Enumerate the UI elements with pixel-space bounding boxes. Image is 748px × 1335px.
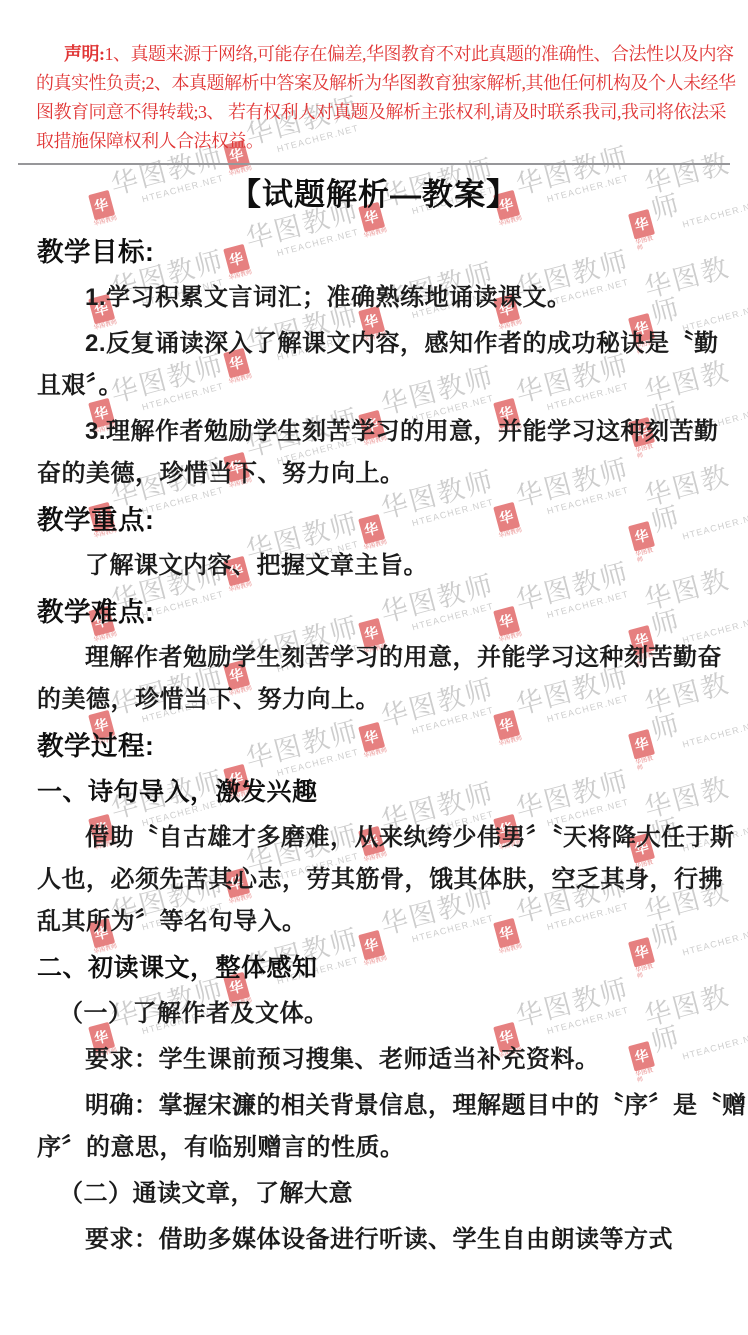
document-content: 声明:1、真题来源于网络,可能存在偏差,华图教育不对此真题的准确性、合法性以及内… bbox=[0, 40, 748, 1261]
text-line: 3.理解作者勉励学生刻苦学习的用意，并能学习这种刻苦勤 bbox=[37, 411, 748, 453]
paragraph: 要求：学生课前预习搜集、老师适当补充资料。 bbox=[37, 1039, 748, 1081]
paragraph: （一）了解作者及文体。 bbox=[37, 993, 748, 1035]
text-line: 教学过程: bbox=[37, 725, 748, 767]
paragraph: （二）通读文章，了解大意 bbox=[37, 1173, 748, 1215]
text-line: 教学目标: bbox=[37, 231, 748, 273]
disclaimer: 声明:1、真题来源于网络,可能存在偏差,华图教育不对此真题的准确性、合法性以及内… bbox=[36, 40, 718, 156]
section-heading: 教学难点: bbox=[37, 591, 748, 633]
step-heading: 一、诗句导入，激发兴趣 bbox=[37, 771, 748, 813]
text-line: （一）了解作者及文体。 bbox=[37, 993, 748, 1035]
text-line: 1.学习积累文言词汇；准确熟练地诵读课文。 bbox=[37, 277, 748, 319]
disclaimer-label: 声明: bbox=[64, 44, 105, 64]
divider-line bbox=[18, 163, 730, 165]
lesson-plan-body: 教学目标:1.学习积累文言词汇；准确熟练地诵读课文。2.反复诵读深入了解课文内容… bbox=[37, 231, 748, 1261]
paragraph: 3.理解作者勉励学生刻苦学习的用意，并能学习这种刻苦勤奋的美德，珍惜当下、努力向… bbox=[37, 411, 748, 495]
text-line: 教学难点: bbox=[37, 591, 748, 633]
document-page: 华华图教师华图教师HTEACHER.NET华华图教师华图教师HTEACHER.N… bbox=[0, 0, 748, 1335]
paragraph: 要求：借助多媒体设备进行听读、学生自由朗读等方式 bbox=[37, 1219, 748, 1261]
text-line: 且艰〞。 bbox=[37, 365, 748, 407]
text-line: 要求：学生课前预习搜集、老师适当补充资料。 bbox=[37, 1039, 748, 1081]
section-heading: 教学目标: bbox=[37, 231, 748, 273]
paragraph: 了解课文内容、把握文章主旨。 bbox=[37, 545, 748, 587]
disclaimer-line: 取措施保障权利人合法权益。 bbox=[36, 127, 718, 156]
text-line: 教学重点: bbox=[37, 499, 748, 541]
text-line: 乱其所为〞等名句导入。 bbox=[37, 901, 748, 943]
text-line: 一、诗句导入，激发兴趣 bbox=[37, 771, 748, 813]
paragraph: 借助〝自古雄才多磨难，从来纨绔少伟男〞〝天将降大任于斯人也，必须先苦其心志，劳其… bbox=[37, 817, 748, 943]
step-heading: 二、初读课文，整体感知 bbox=[37, 947, 748, 989]
paragraph: 理解作者勉励学生刻苦学习的用意，并能学习这种刻苦勤奋的美德，珍惜当下、努力向上。 bbox=[37, 637, 748, 721]
text-line: 序〞的意思，有临别赠言的性质。 bbox=[37, 1127, 748, 1169]
disclaimer-line: 声明:1、真题来源于网络,可能存在偏差,华图教育不对此真题的准确性、合法性以及内… bbox=[36, 40, 718, 69]
text-line: 人也，必须先苦其心志，劳其筋骨，饿其体肤，空乏其身，行拂 bbox=[37, 859, 748, 901]
disclaimer-line: 图教育同意不得转载;3、 若有权利人对真题及解析主张权利,请及时联系我司,我司将… bbox=[36, 98, 718, 127]
text-line: 了解课文内容、把握文章主旨。 bbox=[37, 545, 748, 587]
text-line: 2.反复诵读深入了解课文内容，感知作者的成功秘诀是〝勤 bbox=[37, 323, 748, 365]
text-line: 要求：借助多媒体设备进行听读、学生自由朗读等方式 bbox=[37, 1219, 748, 1261]
section-heading: 教学重点: bbox=[37, 499, 748, 541]
paragraph: 2.反复诵读深入了解课文内容，感知作者的成功秘诀是〝勤且艰〞。 bbox=[37, 323, 748, 407]
text-line: 明确：掌握宋濂的相关背景信息，理解题目中的〝序〞是〝赠 bbox=[37, 1085, 748, 1127]
text-line: 借助〝自古雄才多磨难，从来纨绔少伟男〞〝天将降大任于斯 bbox=[37, 817, 748, 859]
section-heading: 教学过程: bbox=[37, 725, 748, 767]
text-line: 奋的美德，珍惜当下、努力向上。 bbox=[37, 453, 748, 495]
text-line: 理解作者勉励学生刻苦学习的用意，并能学习这种刻苦勤奋 bbox=[37, 637, 748, 679]
paragraph: 明确：掌握宋濂的相关背景信息，理解题目中的〝序〞是〝赠序〞的意思，有临别赠言的性… bbox=[37, 1085, 748, 1169]
text-line: （二）通读文章，了解大意 bbox=[37, 1173, 748, 1215]
paragraph: 1.学习积累文言词汇；准确熟练地诵读课文。 bbox=[37, 277, 748, 319]
page-title: 【试题解析—教案】 bbox=[0, 175, 748, 215]
text-line: 二、初读课文，整体感知 bbox=[37, 947, 748, 989]
text-line: 的美德，珍惜当下、努力向上。 bbox=[37, 679, 748, 721]
disclaimer-line: 的真实性负责;2、本真题解析中答案及解析为华图教育独家解析,其他任何机构及个人未… bbox=[36, 69, 718, 98]
